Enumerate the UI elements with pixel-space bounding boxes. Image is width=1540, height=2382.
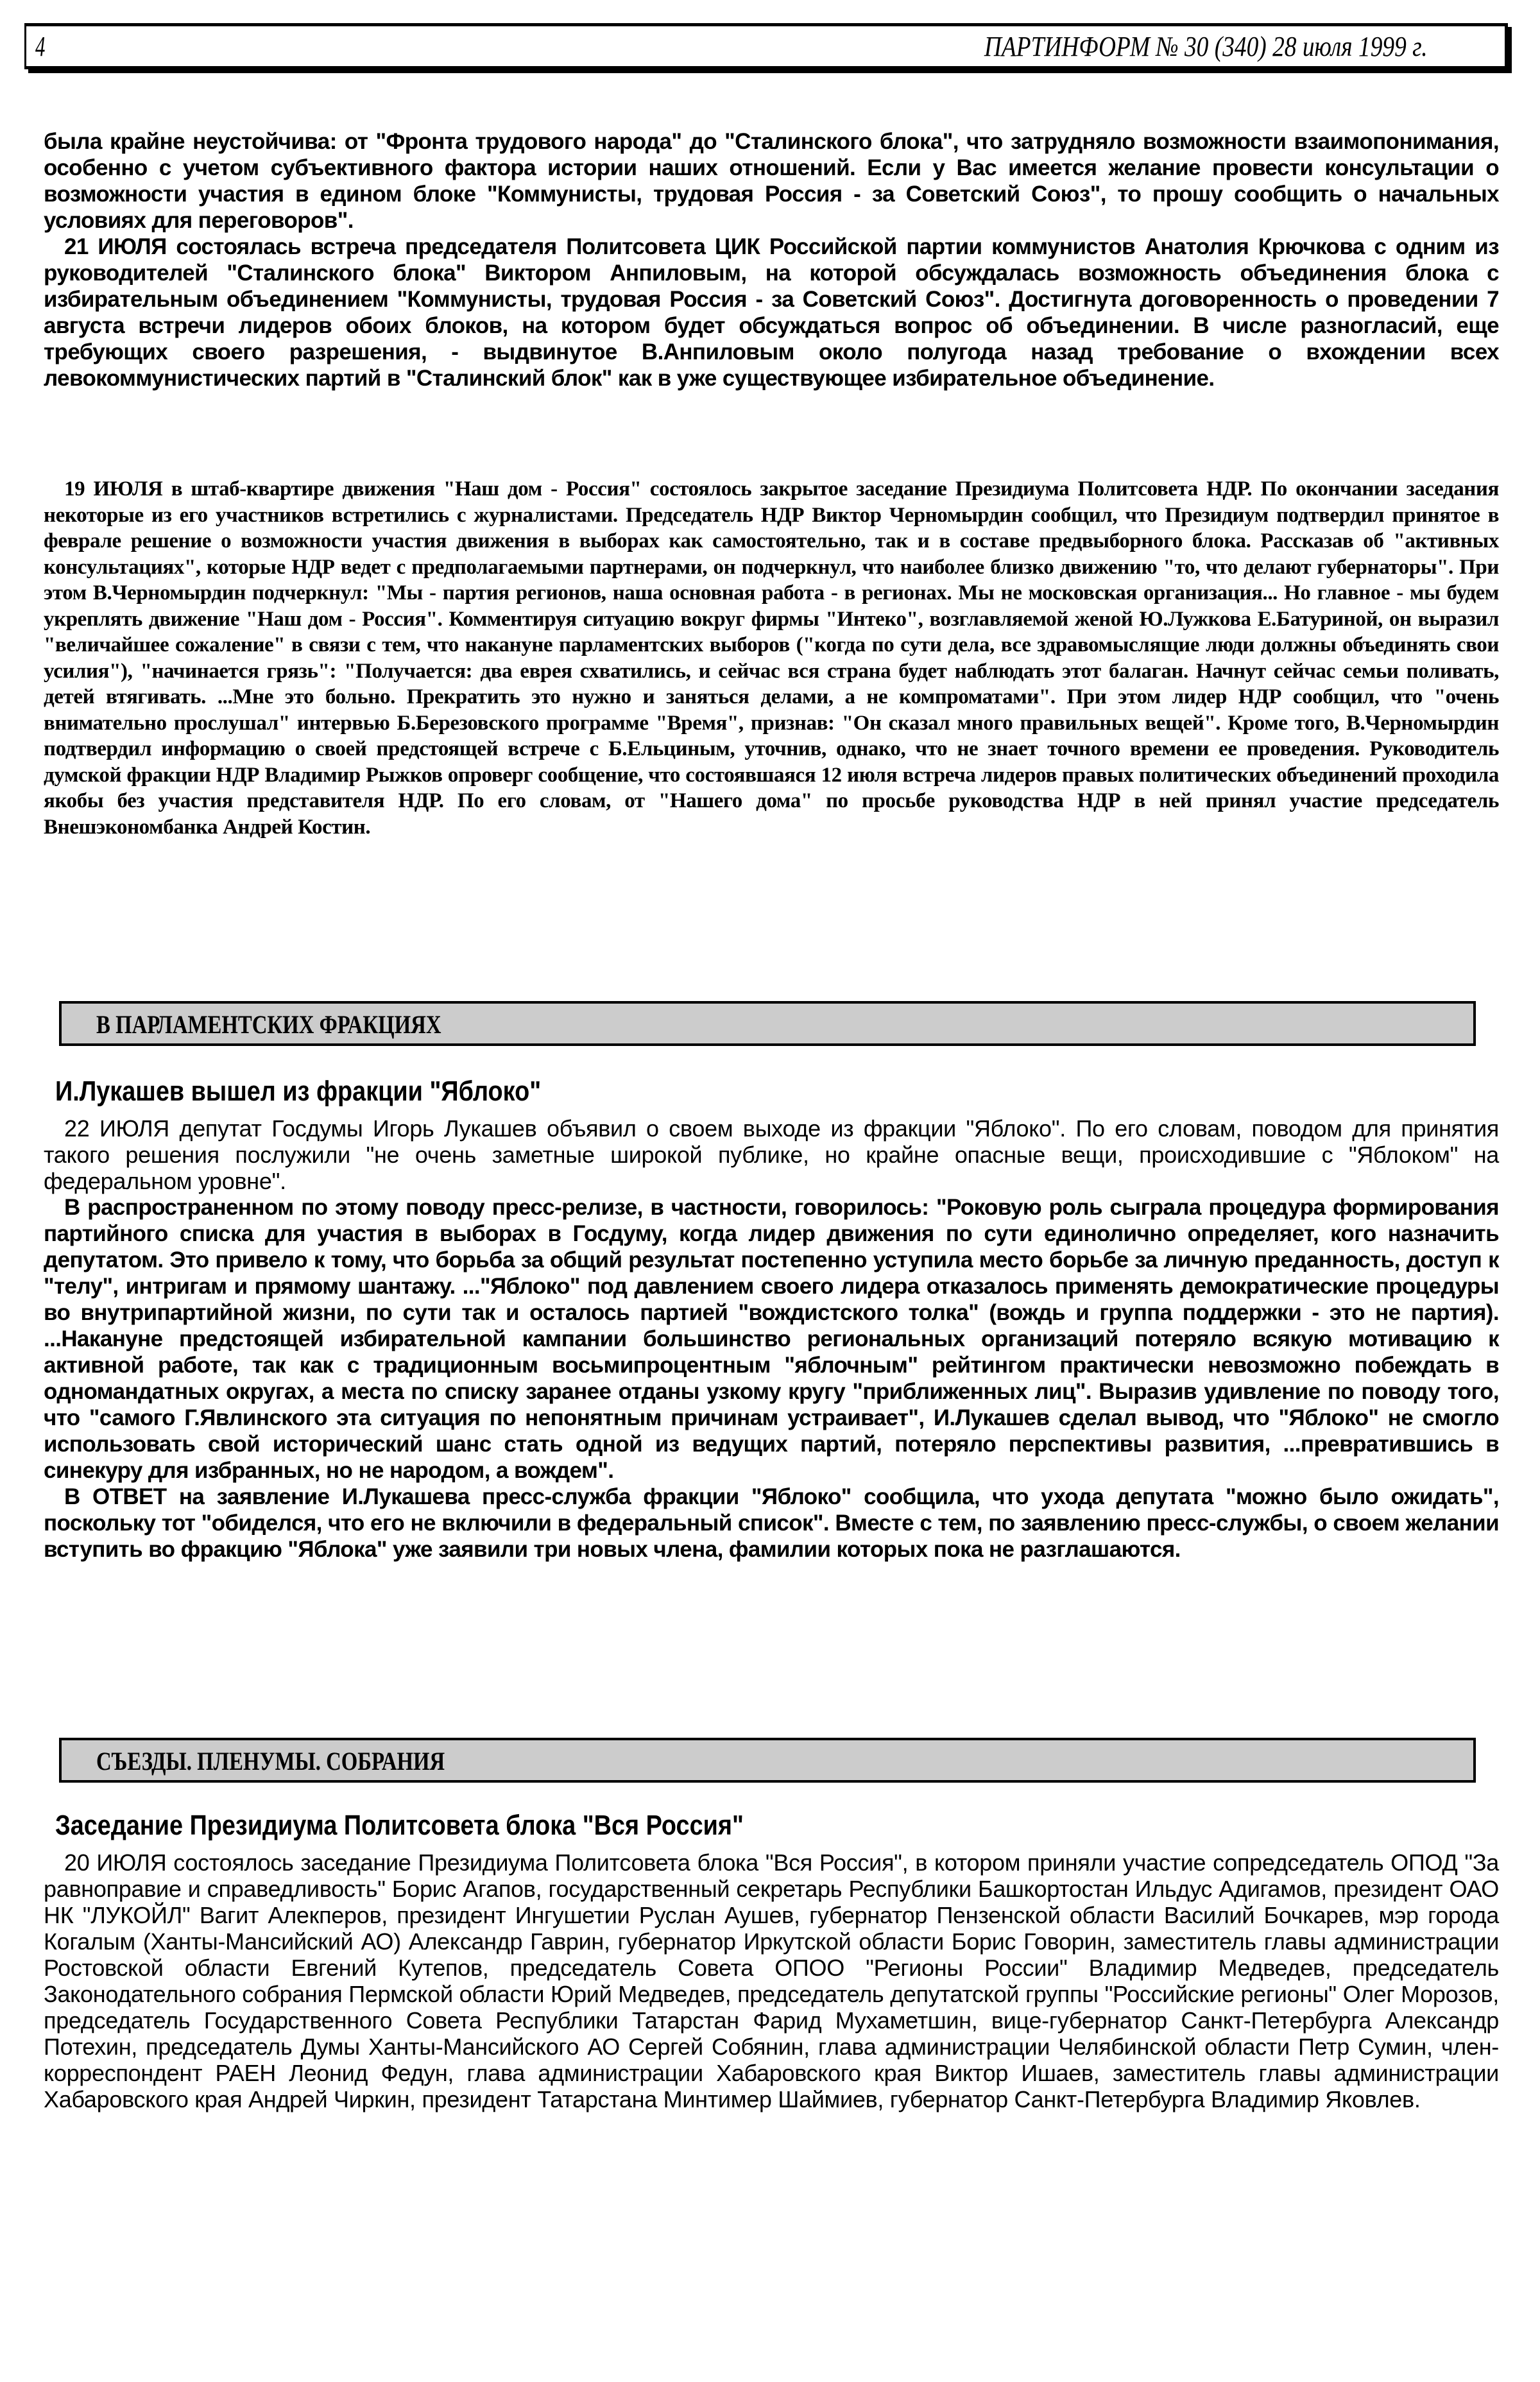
article-headline: Заседание Президиума Политсовета блока "…	[55, 1810, 744, 1842]
lukashev-article: 22 ИЮЛЯ депутат Госдумы Игорь Лукашев об…	[44, 1115, 1499, 1563]
article-headline: И.Лукашев вышел из фракции "Яблоко"	[55, 1075, 541, 1108]
section-title: В ПАРЛАМЕНТСКИХ ФРАКЦИЯХ	[96, 1009, 441, 1040]
publication-info: ПАРТИНФОРМ № 30 (340) 28 июля 1999 г.	[984, 30, 1428, 63]
running-header: 4 ПАРТИНФОРМ № 30 (340) 28 июля 1999 г.	[24, 23, 1508, 69]
newspaper-page: 4 ПАРТИНФОРМ № 30 (340) 28 июля 1999 г. …	[0, 0, 1540, 2382]
article-paragraph: В распространенном по этому поводу пресс…	[44, 1194, 1499, 1484]
page-number: 4	[35, 30, 45, 63]
article-paragraph: В ОТВЕТ на заявление И.Лукашева пресс-сл…	[44, 1484, 1499, 1563]
all-russia-article: 20 ИЮЛЯ состоялось заседание Президиума …	[44, 1849, 1499, 2112]
section-title: СЪЕЗДЫ. ПЛЕНУМЫ. СОБРАНИЯ	[96, 1746, 445, 1776]
ndr-paragraph: 19 ИЮЛЯ в штаб-квартире движения "Наш до…	[44, 476, 1499, 840]
intro-paragraph: была крайне неустойчива: от "Фронта труд…	[44, 128, 1499, 234]
section-header-congresses: СЪЕЗДЫ. ПЛЕНУМЫ. СОБРАНИЯ	[59, 1738, 1476, 1783]
article-lead: 20 ИЮЛЯ состоялось заседание Президиума …	[44, 1849, 1499, 2112]
ndr-article: 19 ИЮЛЯ в штаб-квартире движения "Наш до…	[44, 476, 1499, 840]
intro-paragraph: 21 ИЮЛЯ состоялась встреча председателя …	[44, 234, 1499, 391]
intro-article: была крайне неустойчива: от "Фронта труд…	[44, 128, 1499, 391]
article-lead: 22 ИЮЛЯ депутат Госдумы Игорь Лукашев об…	[44, 1115, 1499, 1194]
section-header-parliament-factions: В ПАРЛАМЕНТСКИХ ФРАКЦИЯХ	[59, 1001, 1476, 1046]
